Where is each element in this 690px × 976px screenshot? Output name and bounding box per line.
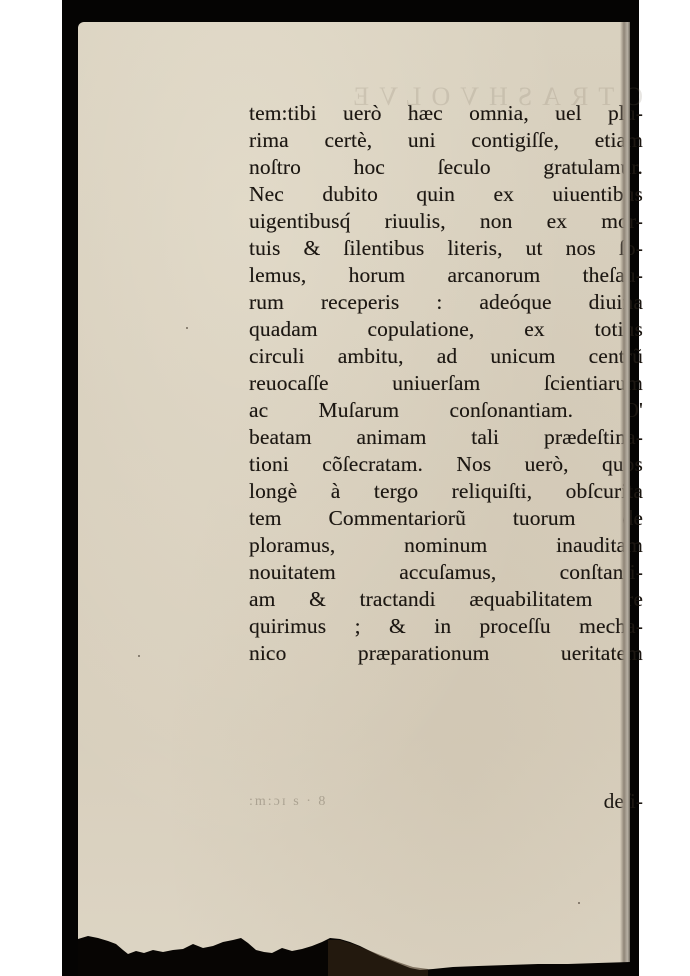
body-text: tem:tibi uerò hæc omnia, uel plu- rima c… bbox=[249, 100, 643, 667]
catchword: deſi- bbox=[249, 788, 643, 815]
torn-bottom-edge bbox=[78, 906, 630, 976]
text-line: rum receperis : adeóque diuina bbox=[249, 289, 643, 316]
text-line: tem:tibi uerò hæc omnia, uel plu- bbox=[249, 100, 643, 127]
text-line: noſtro hoc ſeculo gratulamur. bbox=[249, 154, 643, 181]
paper-speck bbox=[138, 655, 140, 657]
text-line: tioni cõſecratam. Nos uerò, quos bbox=[249, 451, 643, 478]
text-line: nouitatem accuſamus, conſtanti- bbox=[249, 559, 643, 586]
text-line: beatam animam tali prædeſtina- bbox=[249, 424, 643, 451]
page-gutter-edge bbox=[620, 22, 630, 976]
text-line: ac Muſarum conſonantiam. O' bbox=[249, 397, 643, 424]
text-line: Nec dubito quin ex uiuentibus bbox=[249, 181, 643, 208]
text-line: longè à tergo reliquiſti, obſcurita bbox=[249, 478, 643, 505]
text-line: quirimus ; & in proceſſu mecha- bbox=[249, 613, 643, 640]
paper-sheet: OTRASHVOLVE tem:tibi uerò hæc omnia, uel… bbox=[78, 22, 630, 976]
text-line: circuli ambitu, ad unicum centrũ bbox=[249, 343, 643, 370]
text-line: ploramus, nominum inauditam bbox=[249, 532, 643, 559]
text-line: quadam copulatione, ex totius bbox=[249, 316, 643, 343]
text-line: am & tractandi æquabilitatem re bbox=[249, 586, 643, 613]
text-line: lemus, horum arcanorum theſau- bbox=[249, 262, 643, 289]
paper-speck bbox=[578, 902, 580, 904]
text-line: rima certè, uni contigiſſe, etiam bbox=[249, 127, 643, 154]
text-line: uigentibusq́ riuulis, non ex mor- bbox=[249, 208, 643, 235]
text-line: tuis & ſilentibus literis, ut nos ſo- bbox=[249, 235, 643, 262]
text-line: tem Commentariorũ tuorum de bbox=[249, 505, 643, 532]
text-line: nico præparationum ueritatem bbox=[249, 640, 643, 667]
paper-speck bbox=[186, 327, 188, 329]
text-line: reuocaſſe uniuerſam ſcientiarum bbox=[249, 370, 643, 397]
scanned-page: OTRASHVOLVE tem:tibi uerò hæc omnia, uel… bbox=[62, 0, 639, 976]
